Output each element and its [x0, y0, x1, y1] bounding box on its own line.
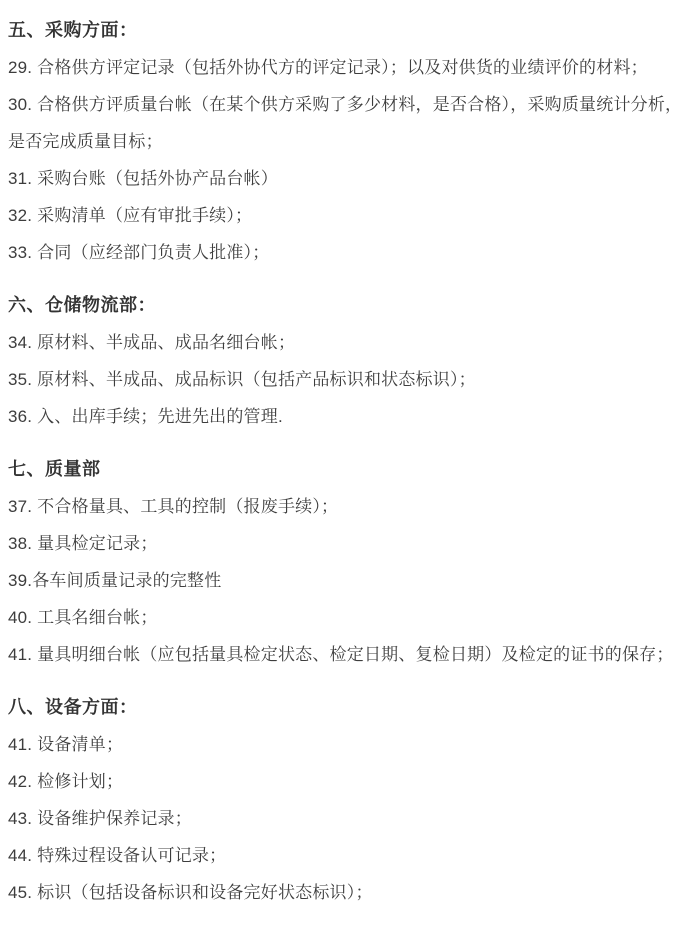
list-item: 40. 工具名细台帐；	[8, 599, 690, 636]
list-item: 39.各车间质量记录的完整性	[8, 562, 690, 599]
list-item: 32. 采购清单（应有审批手续）；	[8, 197, 690, 234]
list-item: 35. 原材料、半成品、成品标识（包括产品标识和状态标识）；	[8, 361, 690, 398]
list-item: 41. 设备清单；	[8, 726, 690, 763]
list-item: 45. 标识（包括设备标识和设备完好状态标识）；	[8, 874, 690, 911]
list-item: 44. 特殊过程设备认可记录；	[8, 837, 690, 874]
list-item: 37. 不合格量具、工具的控制（报废手续）；	[8, 488, 690, 525]
list-item: 30. 合格供方评质量台帐（在某个供方采购了多少材料，是否合格），采购质量统计分…	[8, 86, 690, 160]
section: 五、采购方面：29. 合格供方评定记录（包括外协代方的评定记录）；以及对供货的业…	[8, 12, 690, 271]
list-item: 41. 量具明细台帐（应包括量具检定状态、检定日期、复检日期）及检定的证书的保存…	[8, 636, 690, 673]
list-item: 36. 入、出库手续；先进先出的管理.	[8, 398, 690, 435]
section: 七、质量部37. 不合格量具、工具的控制（报废手续）；38. 量具检定记录；39…	[8, 451, 690, 673]
section-heading: 七、质量部	[8, 451, 690, 488]
list-item: 38. 量具检定记录；	[8, 525, 690, 562]
section: 八、设备方面：41. 设备清单；42. 检修计划；43. 设备维护保养记录；44…	[8, 689, 690, 911]
section: 六、仓储物流部：34. 原材料、半成品、成品名细台帐；35. 原材料、半成品、成…	[8, 287, 690, 435]
list-item: 31. 采购台账（包括外协产品台帐）	[8, 160, 690, 197]
list-item: 34. 原材料、半成品、成品名细台帐；	[8, 324, 690, 361]
list-item: 33. 合同（应经部门负责人批准）；	[8, 234, 690, 271]
list-item: 43. 设备维护保养记录；	[8, 800, 690, 837]
section-heading: 五、采购方面：	[8, 12, 690, 49]
section-heading: 八、设备方面：	[8, 689, 690, 726]
section-heading: 六、仓储物流部：	[8, 287, 690, 324]
list-item: 29. 合格供方评定记录（包括外协代方的评定记录）；以及对供货的业绩评价的材料；	[8, 49, 690, 86]
document-body: 五、采购方面：29. 合格供方评定记录（包括外协代方的评定记录）；以及对供货的业…	[0, 0, 696, 911]
list-item: 42. 检修计划；	[8, 763, 690, 800]
